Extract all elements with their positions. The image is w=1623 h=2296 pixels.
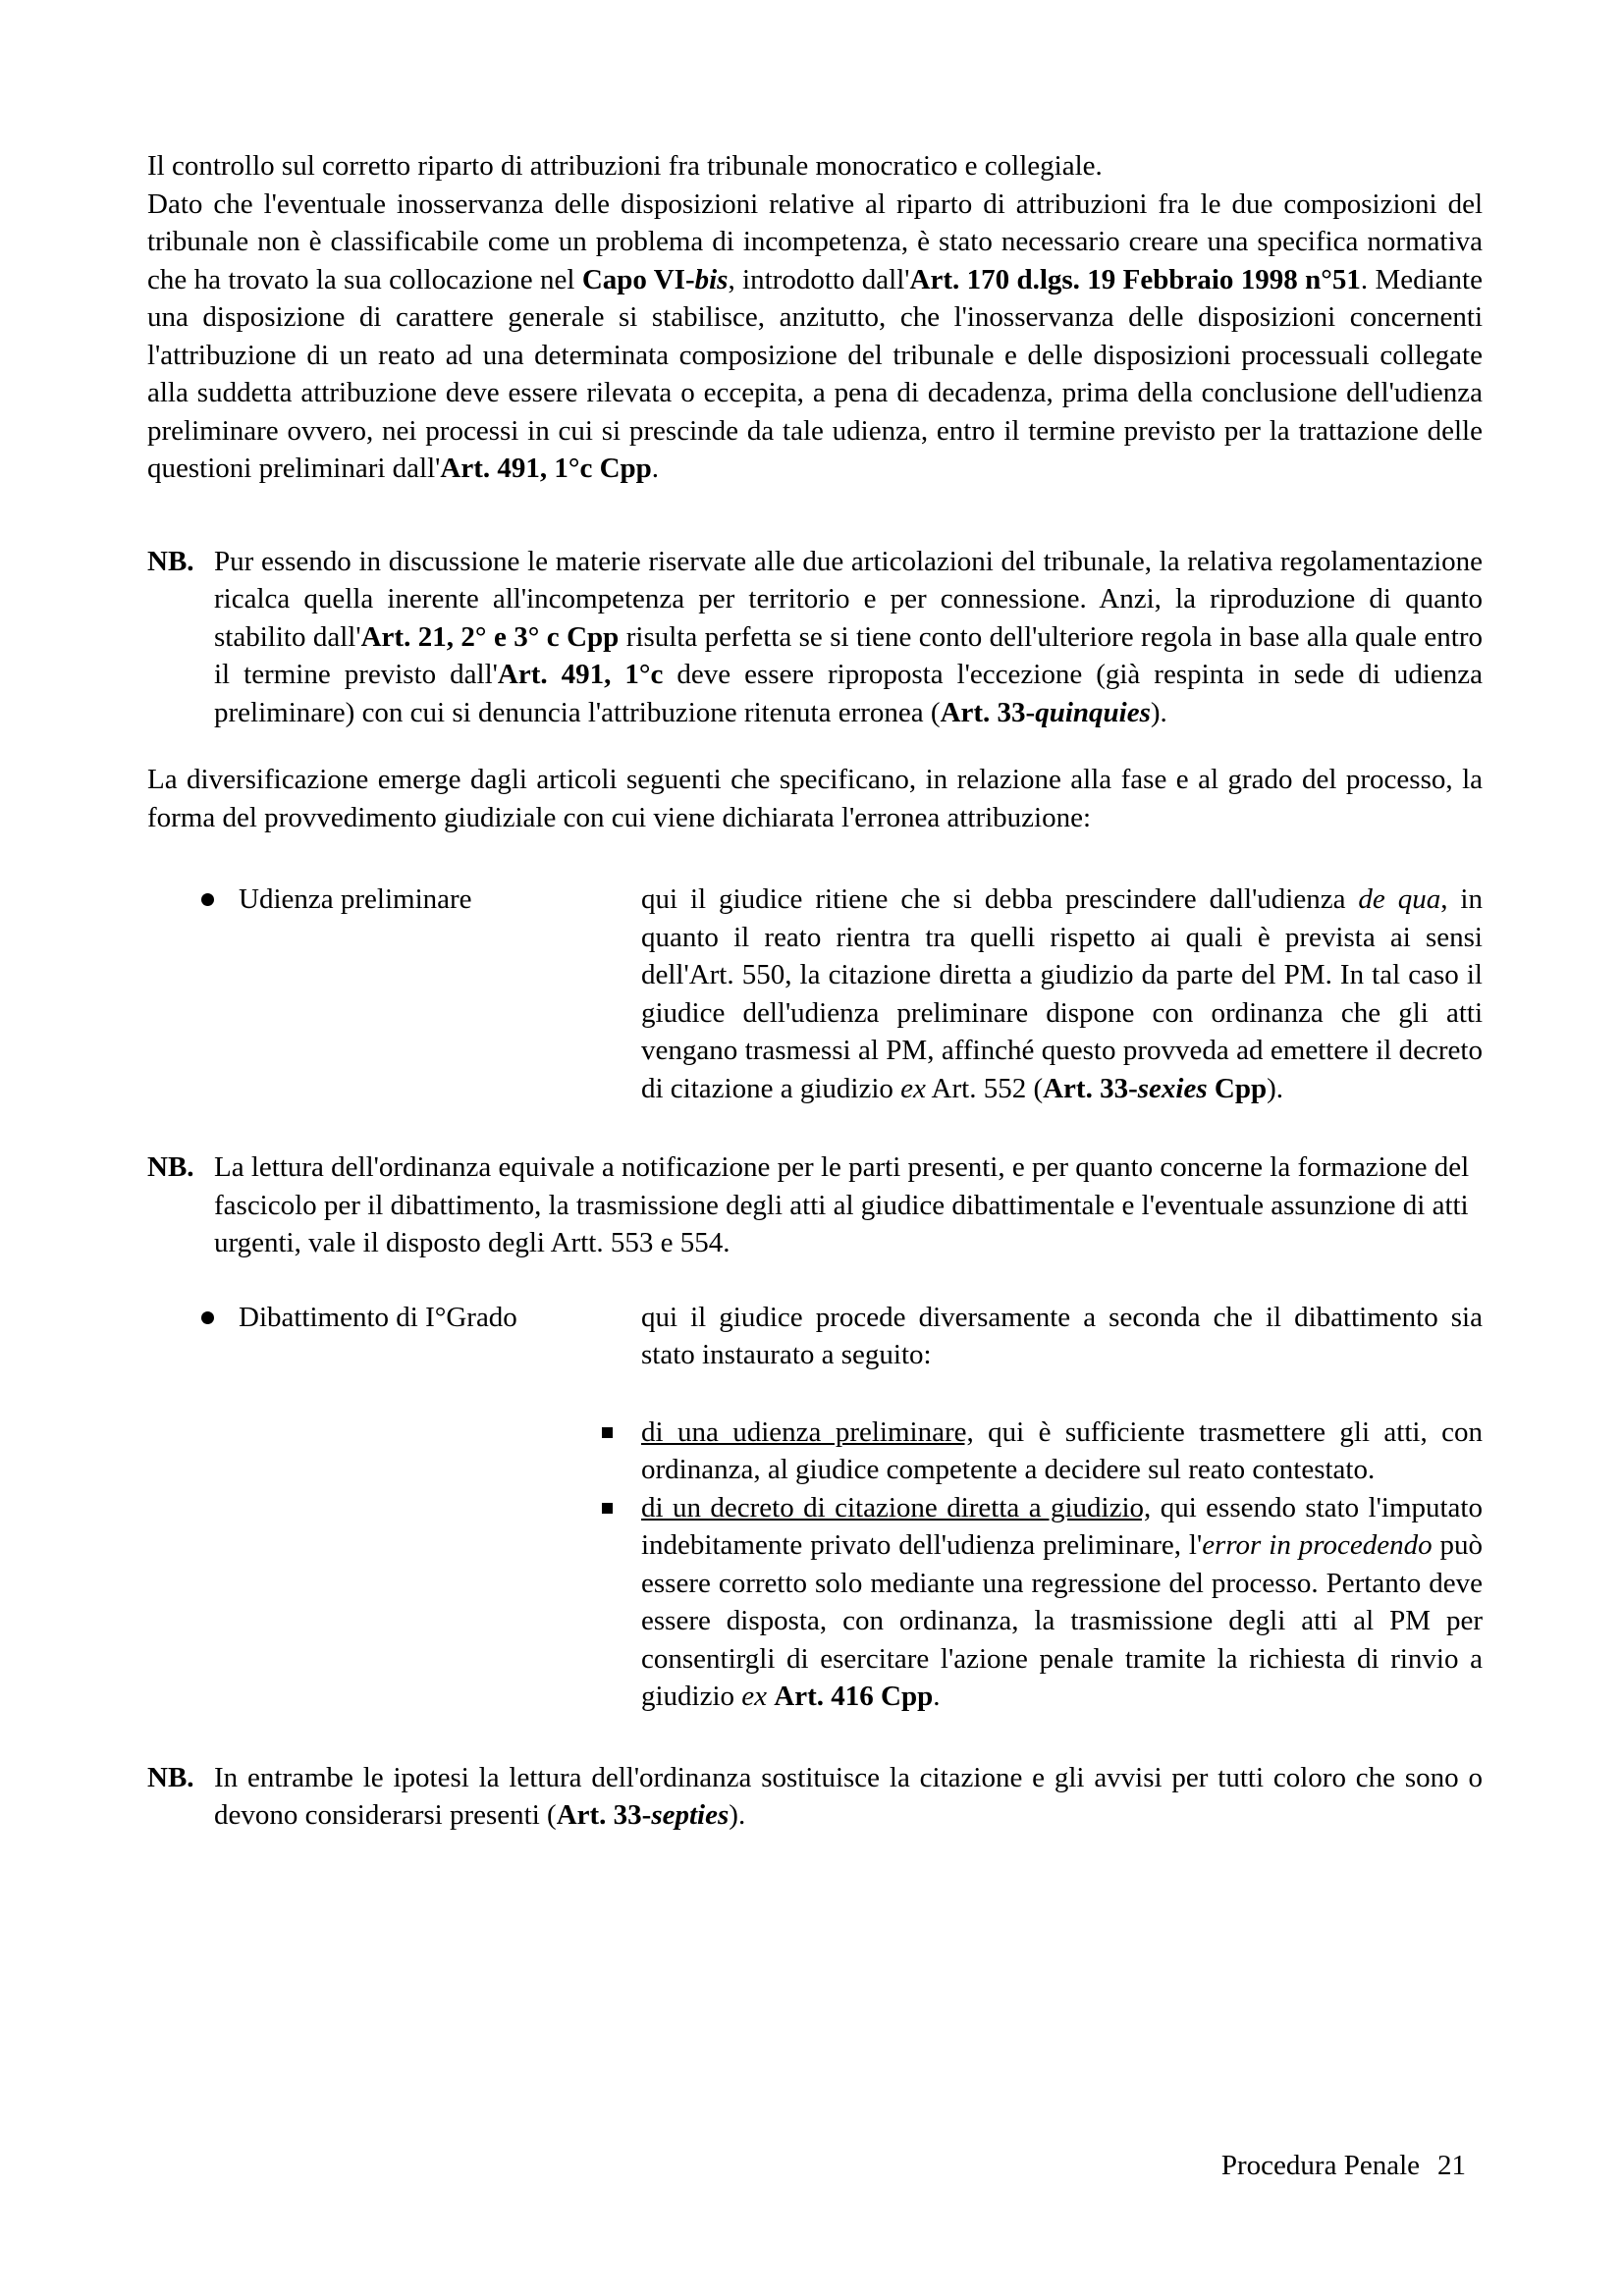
page-footer: Procedura Penale21 bbox=[1193, 2109, 1466, 2222]
page-number: 21 bbox=[1437, 2150, 1466, 2181]
nb-note-1-text: Pur essendo in discussione le materie ri… bbox=[214, 543, 1483, 732]
paragraph-main: Dato che l'eventuale inosservanza delle … bbox=[147, 186, 1483, 488]
nb-note-3-text: In entrambe le ipotesi la lettura dell'o… bbox=[214, 1759, 1483, 1835]
square-bullet-icon bbox=[602, 1414, 641, 1438]
nb-label: NB. bbox=[147, 1148, 214, 1187]
paragraph-diversificazione: La diversificazione emerge dagli articol… bbox=[147, 761, 1483, 836]
page-content: Il controllo sul corretto riparto di att… bbox=[147, 147, 1483, 1835]
footer-title: Procedura Penale bbox=[1221, 2150, 1420, 2181]
bullet-icon bbox=[201, 881, 239, 906]
bullet-item-dibattimento: Dibattimento di I°Grado qui il giudice p… bbox=[147, 1299, 1483, 1374]
bullet-item-udienza-preliminare: Udienza preliminare qui il giudice ritie… bbox=[147, 881, 1483, 1107]
intro-line: Il controllo sul corretto riparto di att… bbox=[147, 147, 1483, 186]
bullet-term: Dibattimento di I°Grado bbox=[239, 1299, 641, 1337]
document-page: Il controllo sul corretto riparto di att… bbox=[0, 0, 1623, 2296]
nb-note-2: NB. La lettura dell'ordinanza equivale a… bbox=[147, 1148, 1483, 1262]
sub-bullet-item-decreto: di un decreto di citazione diretta a giu… bbox=[602, 1489, 1483, 1716]
nb-note-3: NB. In entrambe le ipotesi la lettura de… bbox=[147, 1759, 1483, 1835]
nb-note-2-text: La lettura dell'ordinanza equivale a not… bbox=[214, 1148, 1483, 1262]
sub-bullet-text: di un decreto di citazione diretta a giu… bbox=[641, 1489, 1483, 1716]
bullet-icon bbox=[201, 1299, 239, 1324]
bullet-description: qui il giudice procede diversamente a se… bbox=[641, 1299, 1483, 1374]
sub-bullet-list: di una udienza preliminare, qui è suffic… bbox=[147, 1414, 1483, 1716]
sub-bullet-text: di una udienza preliminare, qui è suffic… bbox=[641, 1414, 1483, 1489]
bullet-term: Udienza preliminare bbox=[239, 881, 641, 919]
sub-bullet-item-udienza: di una udienza preliminare, qui è suffic… bbox=[602, 1414, 1483, 1489]
square-bullet-icon bbox=[602, 1489, 641, 1514]
nb-label: NB. bbox=[147, 543, 214, 581]
nb-note-1: NB. Pur essendo in discussione le materi… bbox=[147, 543, 1483, 732]
nb-label: NB. bbox=[147, 1759, 214, 1797]
bullet-description: qui il giudice ritiene che si debba pres… bbox=[641, 881, 1483, 1107]
